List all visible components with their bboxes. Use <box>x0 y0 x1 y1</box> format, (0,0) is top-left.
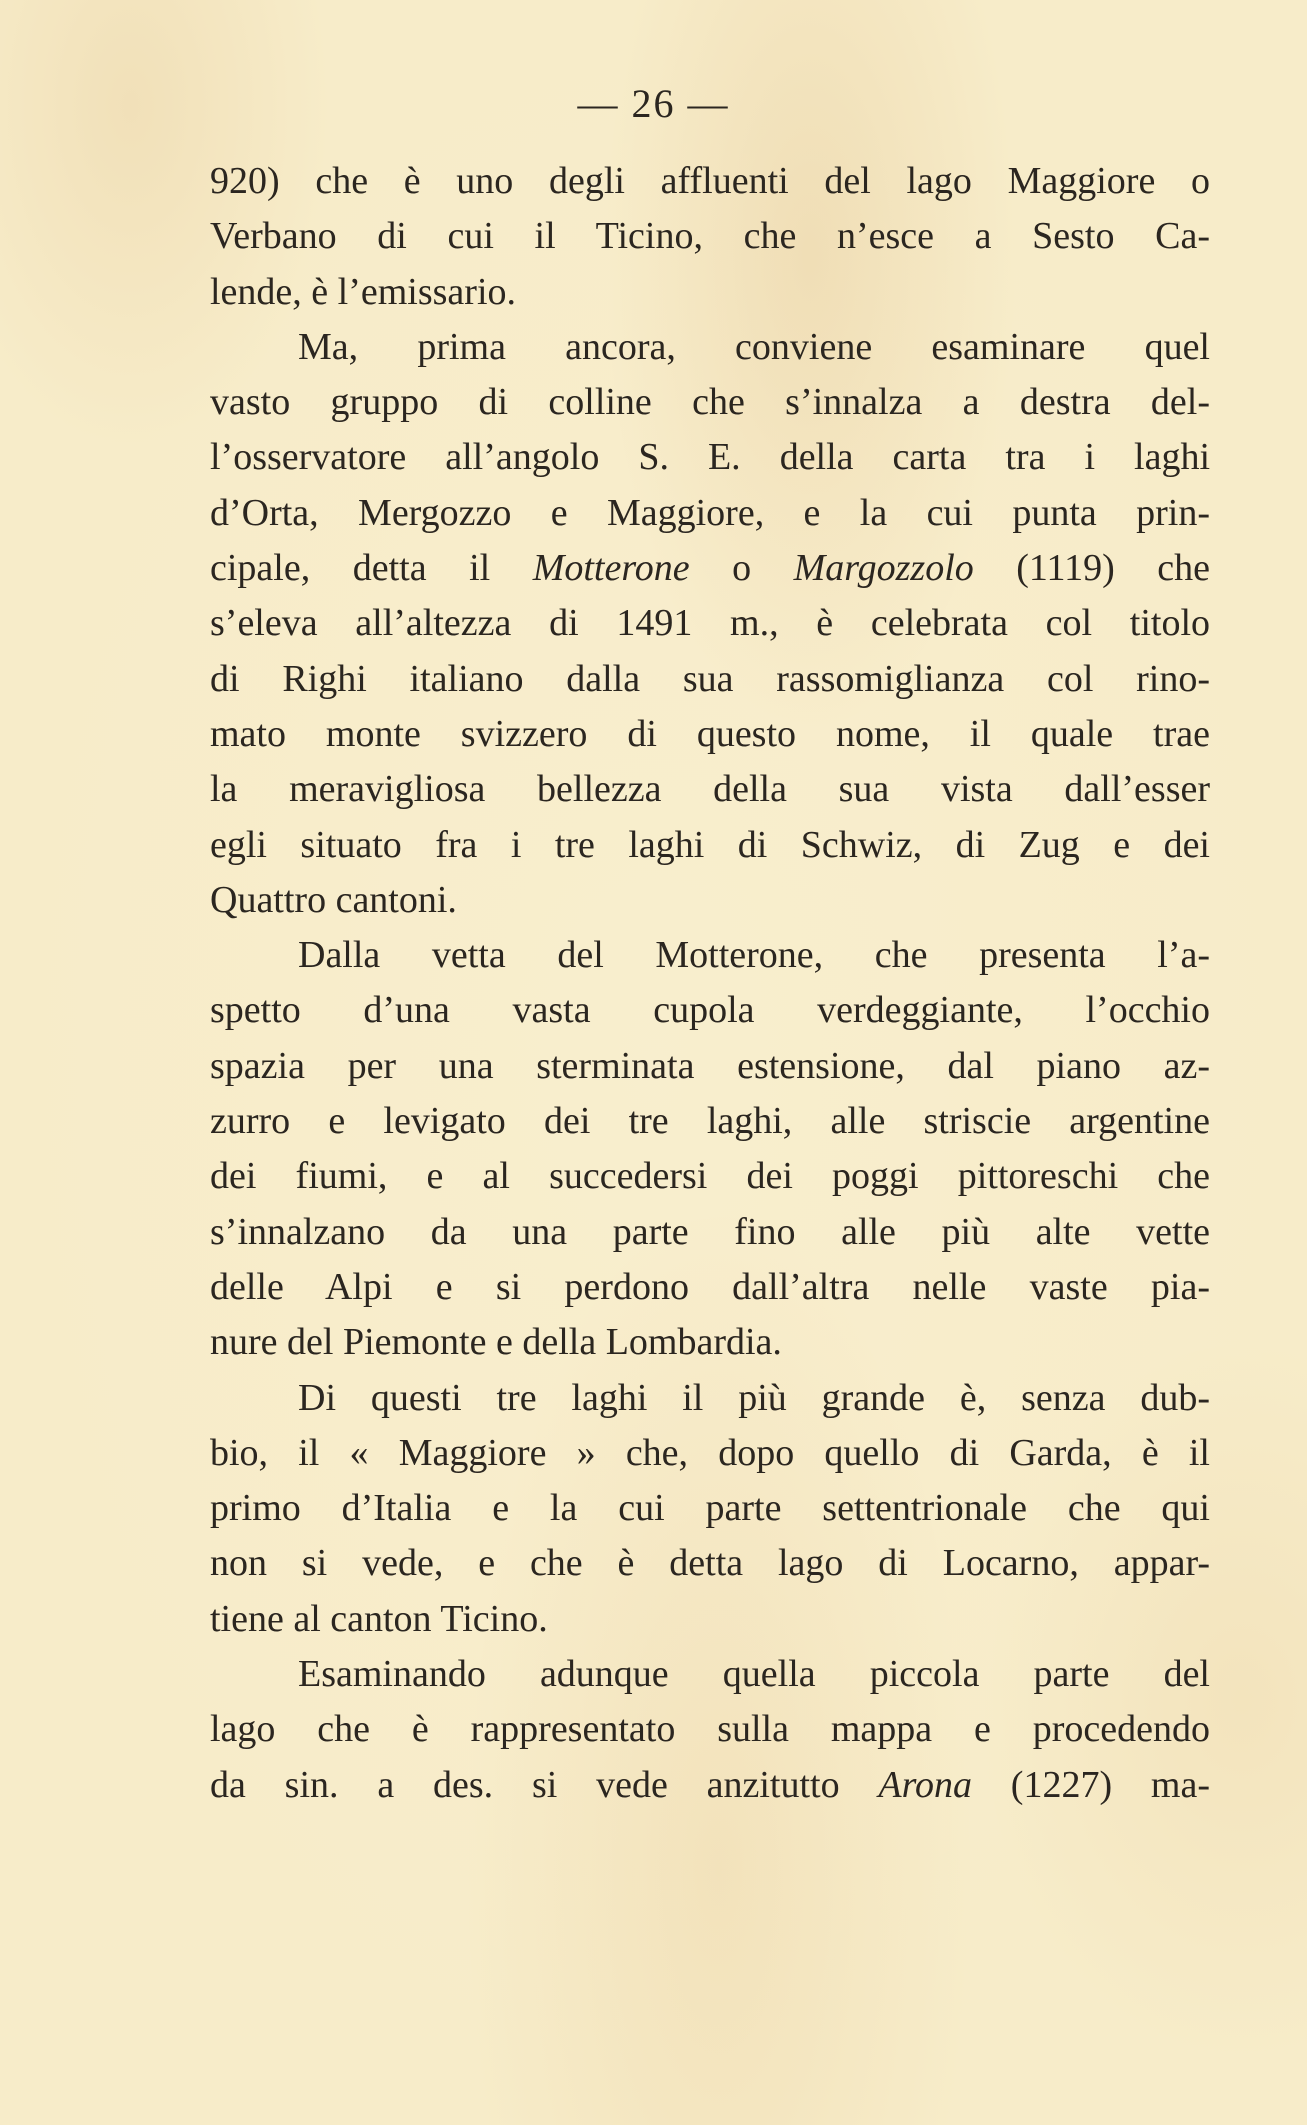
text-segment: s’innalzano da una parte fino alle più a… <box>210 1211 1210 1253</box>
page-number: — 26 — <box>0 80 1307 127</box>
text-line: 920) che è uno degli affluenti del lago … <box>210 154 1210 209</box>
text-line: bio, il « Maggiore » che, dopo quello di… <box>210 1426 1210 1481</box>
text-segment: egli situato fra i tre laghi di Schwiz, … <box>210 824 1210 866</box>
text-segment: 920) che è uno degli affluenti del lago … <box>210 160 1210 202</box>
text-segment: Di questi tre laghi il più grande è, sen… <box>298 1377 1210 1419</box>
text-line: spazia per una sterminata estensione, da… <box>210 1039 1210 1094</box>
text-line: Quattro cantoni. <box>210 873 1210 928</box>
text-segment: tiene al canton Ticino. <box>210 1598 548 1640</box>
text-segment: mato monte svizzero di questo nome, il q… <box>210 713 1210 755</box>
paragraph-first-line: Ma, prima ancora, conviene esaminare que… <box>210 320 1210 375</box>
text-line: la meravigliosa bellezza della sua vista… <box>210 762 1210 817</box>
text-segment: (1227) ma- <box>972 1764 1210 1806</box>
text-line: l’osservatore all’angolo S. E. della car… <box>210 430 1210 485</box>
text-segment: Esaminando adunque quella piccola parte … <box>298 1653 1210 1695</box>
text-segment: nure del Piemonte e della Lombardia. <box>210 1321 782 1363</box>
text-line: nure del Piemonte e della Lombardia. <box>210 1315 1210 1370</box>
text-segment: Dalla vetta del Motterone, che presenta … <box>298 934 1210 976</box>
text-segment: non si vede, e che è detta lago di Locar… <box>210 1542 1210 1584</box>
text-segment: lago che è rappresentato sulla mappa e p… <box>210 1708 1210 1750</box>
text-segment: la meravigliosa bellezza della sua vista… <box>210 768 1210 810</box>
text-segment: s’eleva all’altezza di 1491 m., è celebr… <box>210 602 1210 644</box>
text-segment: spazia per una sterminata estensione, da… <box>210 1045 1210 1087</box>
text-segment: lende, è l’emissario. <box>210 271 516 313</box>
text-segment: di Righi italiano dalla sua rassomiglian… <box>210 658 1210 700</box>
text-line: zurro e levigato dei tre laghi, alle str… <box>210 1094 1210 1149</box>
italic-place-name: Arona <box>878 1764 972 1806</box>
text-line: Verbano di cui il Ticino, che n’esce a S… <box>210 209 1210 264</box>
text-line: non si vede, e che è detta lago di Locar… <box>210 1536 1210 1591</box>
text-segment: dei fiumi, e al succedersi dei poggi pit… <box>210 1155 1210 1197</box>
text-segment: delle Alpi e si perdono dall’altra nelle… <box>210 1266 1210 1308</box>
text-line: spetto d’una vasta cupola verdeggiante, … <box>210 983 1210 1038</box>
text-line: s’innalzano da una parte fino alle più a… <box>210 1205 1210 1260</box>
text-segment: da sin. a des. si vede anzitutto <box>210 1764 878 1806</box>
text-line: di Righi italiano dalla sua rassomiglian… <box>210 652 1210 707</box>
text-segment: o <box>690 547 794 589</box>
text-line: egli situato fra i tre laghi di Schwiz, … <box>210 818 1210 873</box>
text-segment: Verbano di cui il Ticino, che n’esce a S… <box>210 215 1210 257</box>
text-line: primo d’Italia e la cui parte settentrio… <box>210 1481 1210 1536</box>
text-segment: (1119) che <box>974 547 1210 589</box>
text-segment: zurro e levigato dei tre laghi, alle str… <box>210 1100 1210 1142</box>
text-segment: bio, il « Maggiore » che, dopo quello di… <box>210 1432 1210 1474</box>
paragraph-first-line: Dalla vetta del Motterone, che presenta … <box>210 928 1210 983</box>
text-line: delle Alpi e si perdono dall’altra nelle… <box>210 1260 1210 1315</box>
text-segment: cipale, detta il <box>210 547 533 589</box>
text-line: dei fiumi, e al succedersi dei poggi pit… <box>210 1149 1210 1204</box>
text-segment: Quattro cantoni. <box>210 879 457 921</box>
text-line: s’eleva all’altezza di 1491 m., è celebr… <box>210 596 1210 651</box>
paragraph-first-line: Esaminando adunque quella piccola parte … <box>210 1647 1210 1702</box>
text-line: tiene al canton Ticino. <box>210 1592 1210 1647</box>
text-line: da sin. a des. si vede anzitutto Arona (… <box>210 1758 1210 1813</box>
italic-place-name: Motterone <box>533 547 690 589</box>
text-segment: d’Orta, Mergozzo e Maggiore, e la cui pu… <box>210 492 1210 534</box>
text-line: lago che è rappresentato sulla mappa e p… <box>210 1702 1210 1757</box>
body-text: 920) che è uno degli affluenti del lago … <box>210 154 1210 1813</box>
text-segment: spetto d’una vasta cupola verdeggiante, … <box>210 989 1210 1031</box>
text-segment: Ma, prima ancora, conviene esaminare que… <box>298 326 1210 368</box>
text-segment: l’osservatore all’angolo S. E. della car… <box>210 436 1210 478</box>
text-line: cipale, detta il Motterone o Margozzolo … <box>210 541 1210 596</box>
text-line: mato monte svizzero di questo nome, il q… <box>210 707 1210 762</box>
text-line: lende, è l’emissario. <box>210 265 1210 320</box>
text-segment: primo d’Italia e la cui parte settentrio… <box>210 1487 1210 1529</box>
text-line: vasto gruppo di colline che s’innalza a … <box>210 375 1210 430</box>
text-line: d’Orta, Mergozzo e Maggiore, e la cui pu… <box>210 486 1210 541</box>
italic-place-name: Margozzolo <box>794 547 974 589</box>
text-segment: vasto gruppo di colline che s’innalza a … <box>210 381 1210 423</box>
paragraph-first-line: Di questi tre laghi il più grande è, sen… <box>210 1371 1210 1426</box>
